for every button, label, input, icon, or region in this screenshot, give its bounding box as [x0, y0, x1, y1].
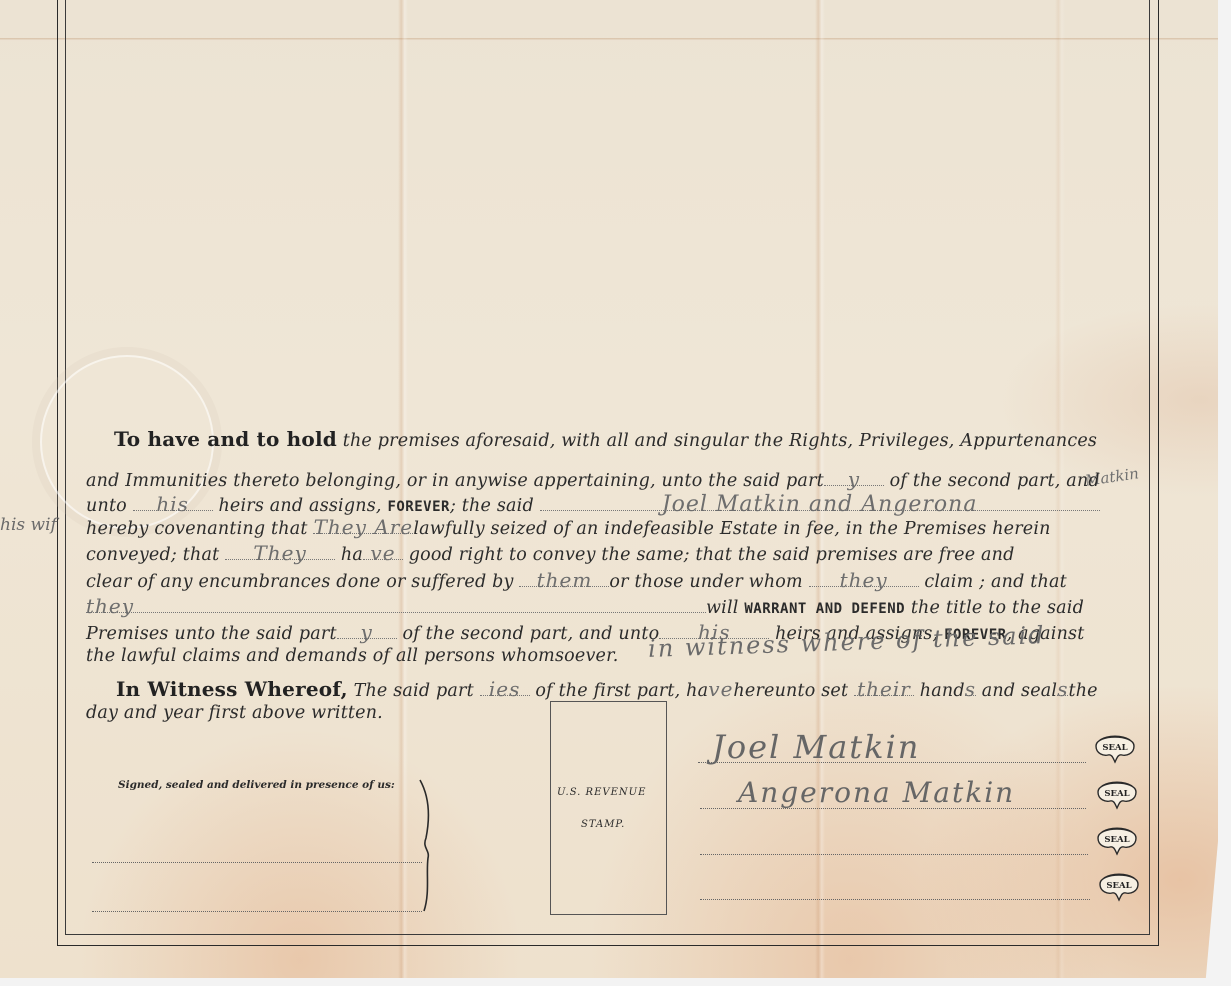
habendum-line-4: hereby covenanting that They Arelawfully…: [86, 515, 1144, 539]
attestation-label: Signed, sealed and delivered in presence…: [118, 779, 395, 791]
fill-field[interactable]: s: [1057, 677, 1068, 696]
fill-field[interactable]: They Are: [313, 515, 413, 534]
revenue-stamp-box: U.S. REVENUE STAMP.: [550, 701, 667, 915]
fill-field[interactable]: s: [965, 677, 976, 696]
stamp-label: STAMP.: [581, 819, 625, 830]
signature-line-3[interactable]: [700, 854, 1088, 855]
witness-line-2[interactable]: [92, 911, 422, 912]
fill-field[interactable]: ve: [708, 677, 733, 701]
revenue-stamp-label: U.S. REVENUE: [557, 787, 646, 798]
habendum-line-1: To have and to hold the premises aforesa…: [114, 427, 1172, 451]
svg-text:SEAL: SEAL: [1104, 789, 1129, 799]
fill-field[interactable]: y: [337, 620, 397, 639]
fill-field[interactable]: ies: [480, 677, 530, 696]
habendum-line-6: clear of any encumbrances done or suffer…: [86, 568, 1144, 592]
fill-field[interactable]: They: [225, 541, 335, 560]
svg-text:SEAL: SEAL: [1106, 881, 1131, 891]
margin-note: his wif: [0, 515, 57, 535]
habendum-line-2: and Immunities thereto belonging, or in …: [86, 467, 1144, 491]
to-have-and-to-hold-heading: To have and to hold: [114, 427, 337, 451]
fill-field[interactable]: their: [854, 677, 914, 696]
witness-line-1[interactable]: [92, 862, 422, 863]
seal-icon: SEAL: [1096, 868, 1142, 902]
brace-icon: [418, 778, 432, 913]
fill-field[interactable]: y: [824, 467, 884, 486]
seal-icon: SEAL: [1094, 822, 1140, 856]
fill-field[interactable]: ve: [363, 541, 403, 560]
grantor-names-field[interactable]: Joel Matkin and Angerona: [540, 492, 1100, 511]
fill-field[interactable]: they: [86, 594, 706, 613]
signature-angerona-matkin: Angerona Matkin: [738, 776, 1015, 809]
habendum-line-7: theywill WARRANT AND DEFEND the title to…: [86, 594, 1144, 618]
seal-icon: SEAL: [1092, 730, 1138, 764]
svg-text:SEAL: SEAL: [1104, 835, 1129, 845]
deed-paper: his wif Matkin To have and to hold the p…: [0, 0, 1218, 978]
habendum-line-5: conveyed; that They have good right to c…: [86, 541, 1144, 565]
in-witness-whereof-heading: In Witness Whereof,: [116, 677, 348, 701]
fill-field[interactable]: his: [133, 492, 213, 511]
fill-field[interactable]: they: [809, 568, 919, 587]
fill-field[interactable]: them: [519, 568, 609, 587]
svg-text:SEAL: SEAL: [1102, 743, 1127, 753]
habendum-line-3: unto his heirs and assigns, FOREVER; the…: [86, 492, 1144, 516]
testimonium-line-1: In Witness Whereof, The said part ies of…: [116, 677, 1174, 701]
seal-icon: SEAL: [1094, 776, 1140, 810]
signature-joel-matkin: Joel Matkin: [712, 728, 920, 766]
signature-line-4[interactable]: [700, 899, 1090, 900]
